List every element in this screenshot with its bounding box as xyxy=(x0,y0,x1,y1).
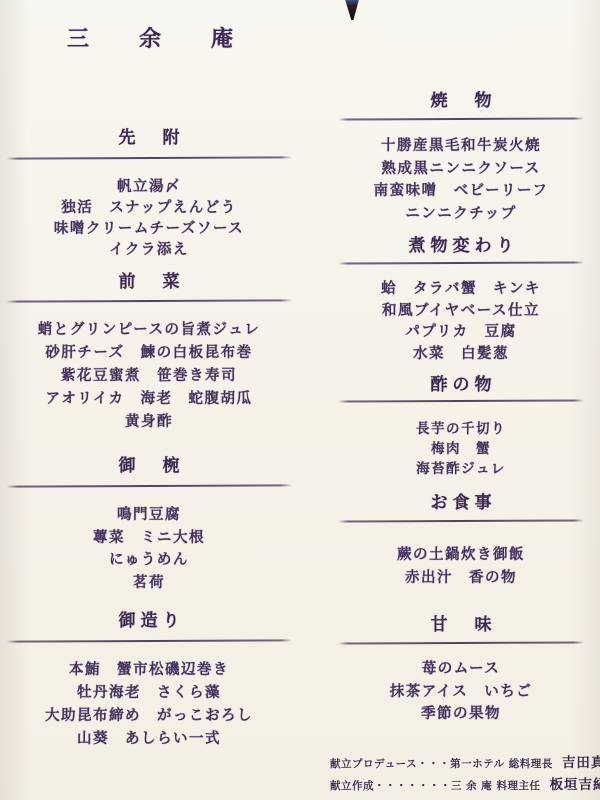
section-title: 前 菜 xyxy=(6,271,292,293)
section-divider xyxy=(6,639,292,642)
section-title: 御 椀 xyxy=(6,455,292,477)
credit-label: 献立プロデュース・・・第一ホテル 総料理長 xyxy=(330,758,553,770)
menu-item: 茗荷 xyxy=(6,572,292,595)
section-divider xyxy=(338,519,584,522)
section-items: 十勝産黒毛和牛炭火焼 熟成黒ニンニクソース 南蛮味噌 ベビーリーフ ニンニクチッ… xyxy=(338,135,584,225)
menu-item: 十勝産黒毛和牛炭火焼 xyxy=(338,135,584,158)
menu-item: ニンニクチップ xyxy=(338,203,584,226)
section-divider xyxy=(6,299,292,302)
section-divider xyxy=(6,484,292,487)
section-title: 酢の物 xyxy=(338,374,584,396)
section-nimono-kawari: 煮物変わり 蛤 タラバ蟹 キンキ 和風ブイヤベース仕立 パプリカ 豆腐 水菜 白… xyxy=(338,235,584,364)
credit-name: 吉田真二 xyxy=(562,755,600,771)
menu-item: 山葵 あしらい一式 xyxy=(6,727,292,750)
menu-item: 海苔酢ジュレ xyxy=(338,459,584,479)
section-oshokuji: お食事 蕨の土鍋炊き御飯 赤出汁 香の物 xyxy=(338,492,584,589)
credit-author: 献立作成・・・・・・・三 余 庵 料理主任 板垣吉紀 xyxy=(330,774,596,796)
section-items: 帆立湯〆 独活 スナップえんどう 味噌クリームチーズソース イクラ添え xyxy=(6,176,292,260)
menu-item: 大助昆布締め がっこおろし xyxy=(6,704,292,727)
section-divider xyxy=(338,261,584,264)
restaurant-title: 三 余 庵 xyxy=(40,22,260,53)
menu-item: 黄身酢 xyxy=(6,410,292,433)
menu-item: 熟成黒ニンニクソース xyxy=(338,158,584,181)
section-items: 本鮪 蟹市松磯辺巻き 牡丹海老 さくら藻 大助昆布締め がっこおろし 山葵 あし… xyxy=(6,658,292,750)
section-yakimono: 焼 物 十勝産黒毛和牛炭火焼 熟成黒ニンニクソース 南蛮味噌 ベビーリーフ ニン… xyxy=(338,90,584,225)
menu-item: 独活 スナップえんどう xyxy=(6,197,292,218)
section-divider xyxy=(338,641,584,644)
credit-label: 献立作成・・・・・・・三 余 庵 料理主任 xyxy=(330,780,540,792)
section-title: 甘 味 xyxy=(338,614,584,636)
menu-item: 梅肉 蟹 xyxy=(338,439,584,459)
section-divider xyxy=(6,156,292,159)
section-zensai: 前 菜 蛸とグリンピースの旨煮ジュレ 砂肝チーズ 鰊の白板昆布巻 紫花豆蜜煮 笹… xyxy=(6,271,292,433)
menu-item: パプリカ 豆腐 xyxy=(338,321,584,343)
section-divider xyxy=(338,399,584,402)
menu-item: 帆立湯〆 xyxy=(6,176,292,197)
menu-item: 季節の果物 xyxy=(338,703,584,726)
menu-item: 砂肝チーズ 鰊の白板昆布巻 xyxy=(6,341,292,364)
section-sunomono: 酢の物 長芋の千切り 梅肉 蟹 海苔酢ジュレ xyxy=(338,374,584,479)
section-items: 蛤 タラバ蟹 キンキ 和風ブイヤベース仕立 パプリカ 豆腐 水菜 白髪葱 xyxy=(338,278,584,364)
section-title: 煮物変わり xyxy=(338,235,584,257)
menu-item: 水菜 白髪葱 xyxy=(338,343,584,365)
pen-tip-artifact xyxy=(343,0,361,20)
credit-name: 板垣吉紀 xyxy=(550,777,600,793)
section-owan: 御 椀 鳴門豆腐 蓴菜 ミニ大根 にゅうめん 茗荷 xyxy=(6,455,292,594)
menu-item: 紫花豆蜜煮 笹巻き寿司 xyxy=(6,364,292,387)
section-sakizuke: 先 附 帆立湯〆 独活 スナップえんどう 味噌クリームチーズソース イクラ添え xyxy=(6,127,292,260)
section-kanmi: 甘 味 苺のムース 抹茶アイス いちご 季節の果物 xyxy=(338,614,584,726)
section-title: お食事 xyxy=(338,492,584,514)
credits-block: 献立プロデュース・・・第一ホテル 総料理長 吉田真二 献立作成・・・・・・・三 … xyxy=(330,752,596,796)
section-otsukuri: 御造り 本鮪 蟹市松磯辺巻き 牡丹海老 さくら藻 大助昆布締め がっこおろし 山… xyxy=(6,610,292,750)
menu-item: 鳴門豆腐 xyxy=(6,504,292,527)
section-items: 鳴門豆腐 蓴菜 ミニ大根 にゅうめん 茗荷 xyxy=(6,504,292,594)
section-items: 蕨の土鍋炊き御飯 赤出汁 香の物 xyxy=(338,543,584,589)
credit-produce: 献立プロデュース・・・第一ホテル 総料理長 吉田真二 xyxy=(330,752,596,774)
section-items: 蛸とグリンピースの旨煮ジュレ 砂肝チーズ 鰊の白板昆布巻 紫花豆蜜煮 笹巻き寿司… xyxy=(6,318,292,433)
section-items: 苺のムース 抹茶アイス いちご 季節の果物 xyxy=(338,658,584,726)
menu-item: 蕨の土鍋炊き御飯 xyxy=(338,543,584,566)
menu-item: 抹茶アイス いちご xyxy=(338,681,584,704)
menu-item: 赤出汁 香の物 xyxy=(338,566,584,589)
menu-item: 長芋の千切り xyxy=(338,419,584,439)
menu-paper: 三 余 庵 先 附 帆立湯〆 独活 スナップえんどう 味噌クリームチーズソース … xyxy=(0,0,600,800)
section-title: 御造り xyxy=(6,610,292,632)
section-divider xyxy=(338,117,584,120)
menu-item: にゅうめん xyxy=(6,549,292,572)
section-items: 長芋の千切り 梅肉 蟹 海苔酢ジュレ xyxy=(338,419,584,479)
menu-item: 蛤 タラバ蟹 キンキ xyxy=(338,278,584,300)
menu-item: 蓴菜 ミニ大根 xyxy=(6,527,292,550)
menu-item: 牡丹海老 さくら藻 xyxy=(6,681,292,704)
section-title: 先 附 xyxy=(6,127,292,149)
menu-item: 南蛮味噌 ベビーリーフ xyxy=(338,180,584,203)
menu-item: イクラ添え xyxy=(6,239,292,260)
menu-item: 本鮪 蟹市松磯辺巻き xyxy=(6,658,292,681)
menu-item: アオリイカ 海老 蛇腹胡瓜 xyxy=(6,387,292,410)
menu-item: 蛸とグリンピースの旨煮ジュレ xyxy=(6,318,292,341)
section-title: 焼 物 xyxy=(338,90,584,112)
menu-item: 味噌クリームチーズソース xyxy=(6,218,292,239)
menu-item: 和風ブイヤベース仕立 xyxy=(338,300,584,322)
menu-item: 苺のムース xyxy=(338,658,584,681)
